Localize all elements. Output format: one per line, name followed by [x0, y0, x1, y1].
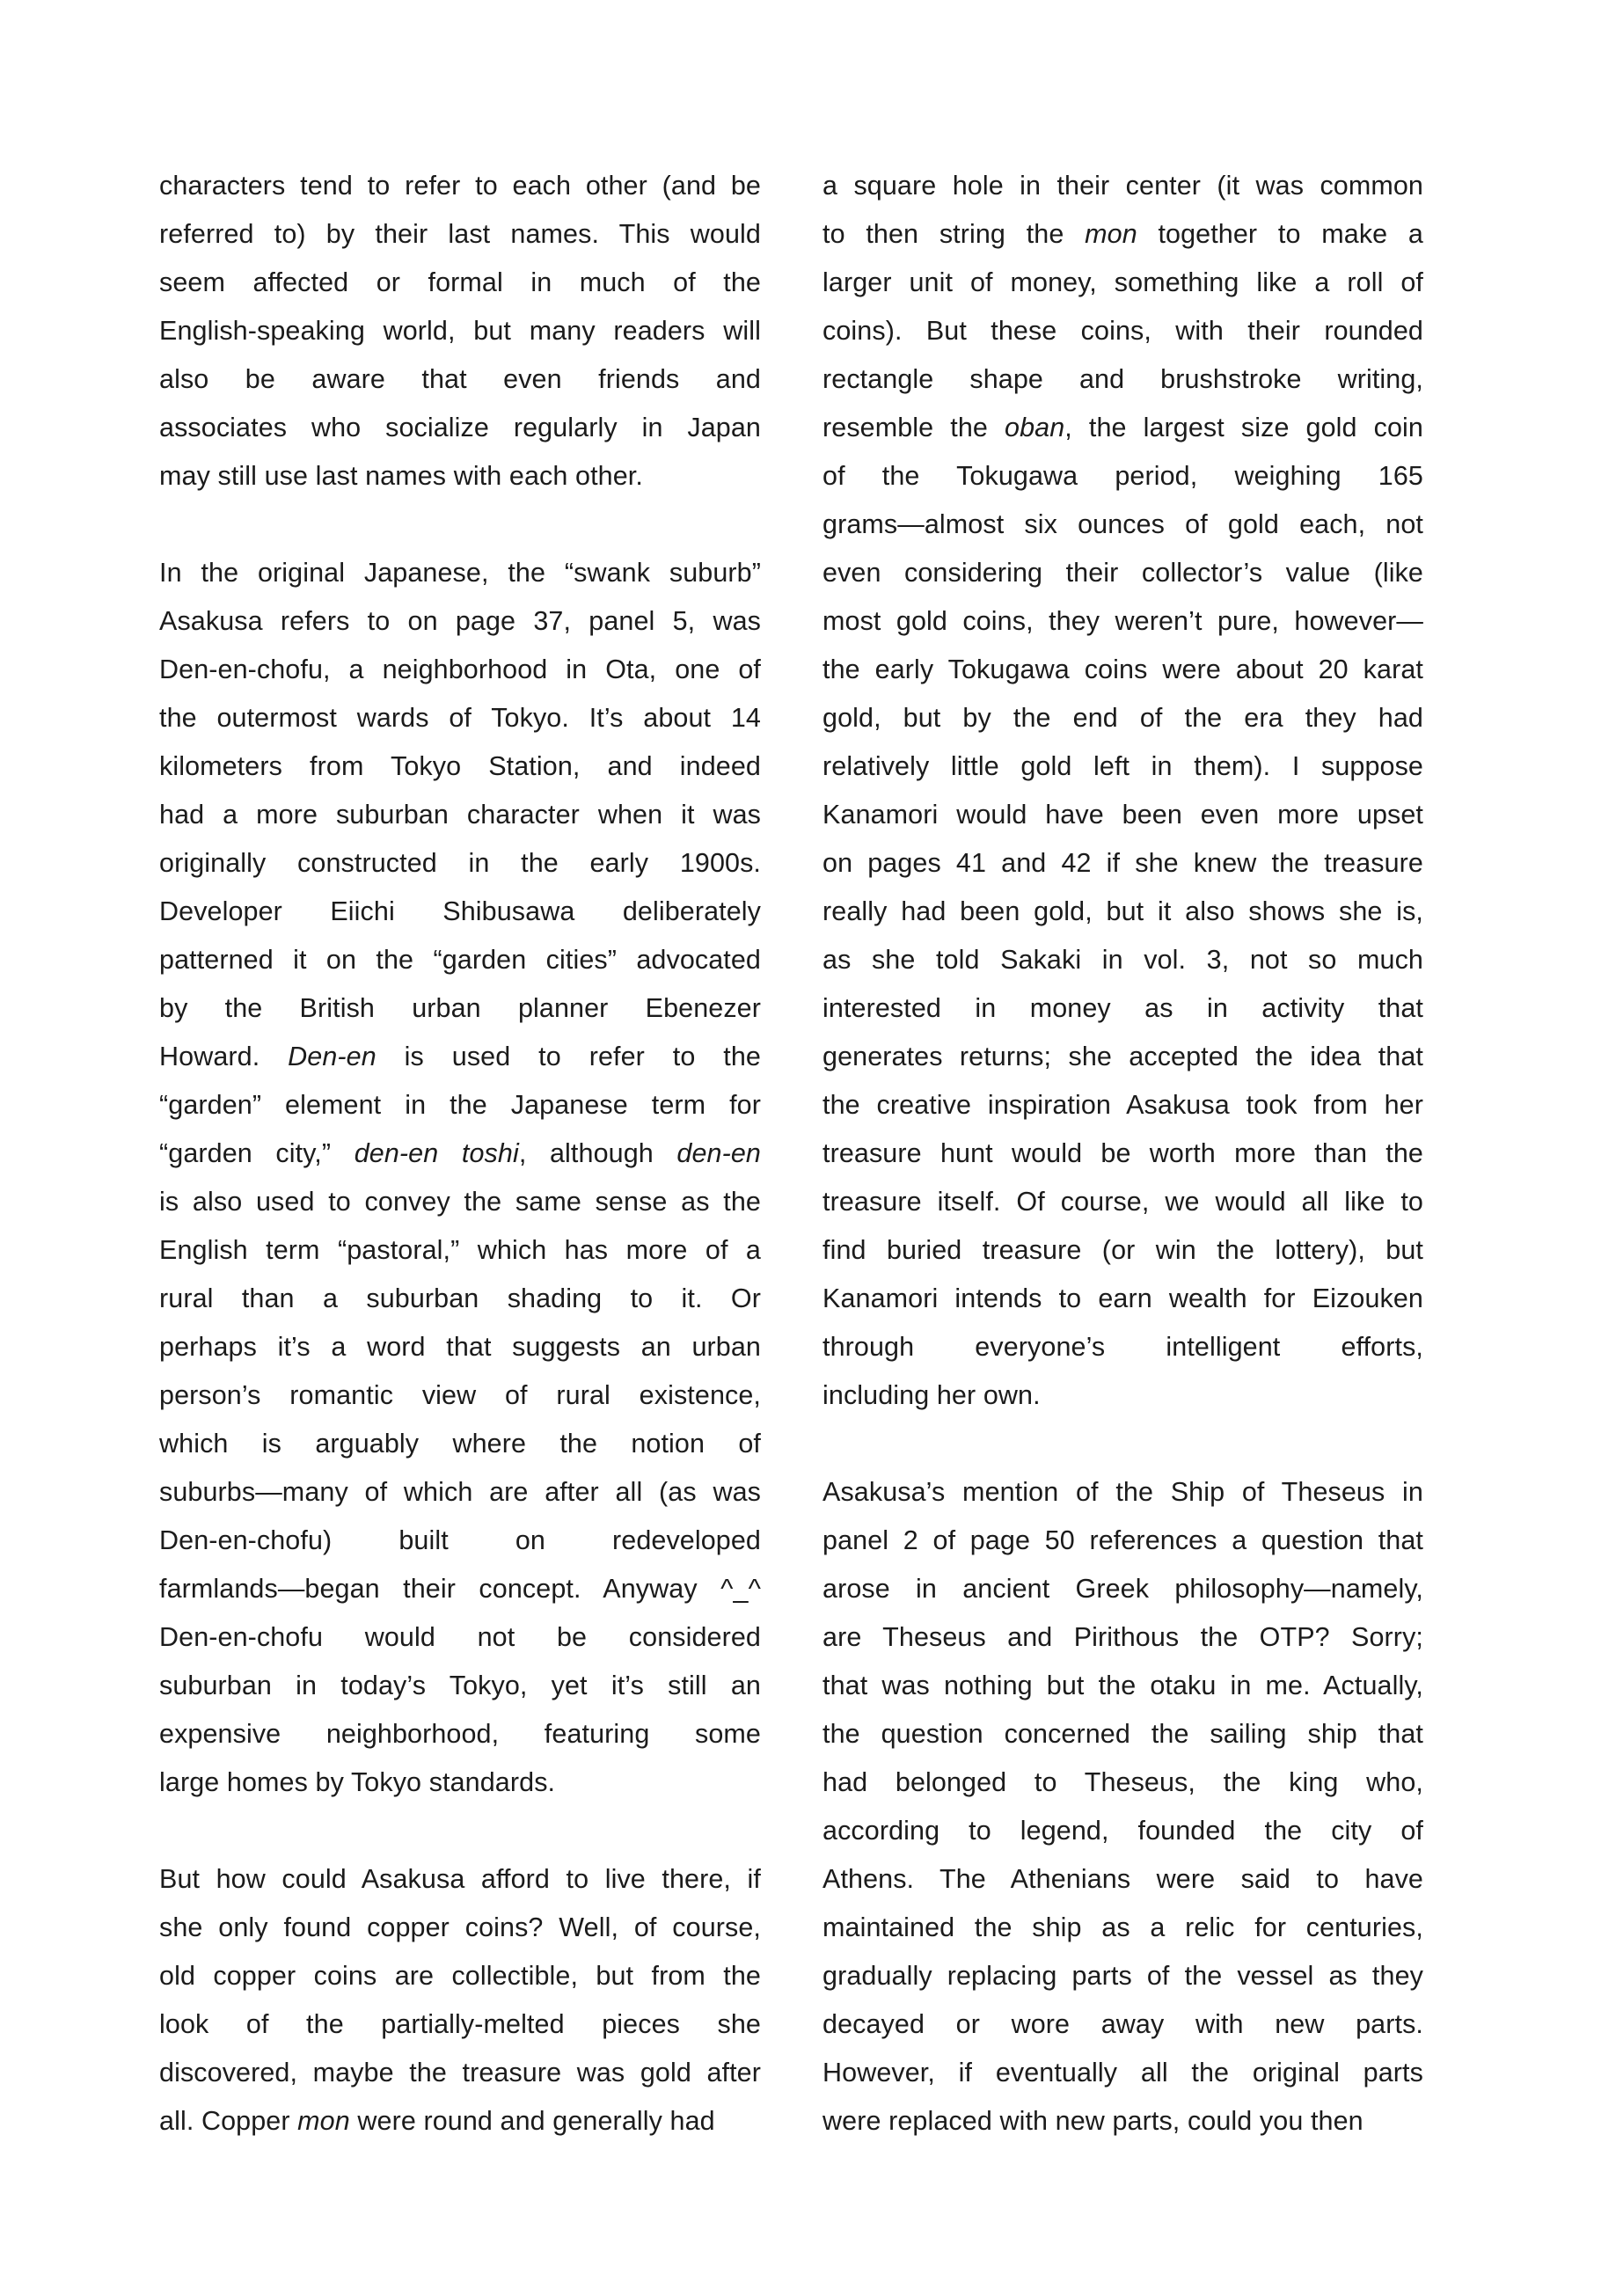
paragraph-gap — [159, 1807, 761, 1855]
text-line: rectangle shape and brushstroke writing, — [822, 355, 1423, 404]
text-line: even considering their collector’s value… — [822, 549, 1423, 597]
text-line: the early Tokugawa coins were about 20 k… — [822, 646, 1423, 694]
text-line: to then string the mon together to make … — [822, 210, 1423, 259]
text-line: person’s romantic view of rural existenc… — [159, 1371, 761, 1420]
paragraph: characters tend to refer to each other (… — [159, 162, 761, 501]
text-line: Howard. Den-en is used to refer to the — [159, 1033, 761, 1081]
text-line: decayed or wore away with new parts. — [822, 2000, 1423, 2049]
text-line: look of the partially-melted pieces she — [159, 2000, 761, 2049]
text-line: characters tend to refer to each other (… — [159, 162, 761, 210]
text-line: Den-en-chofu) built on redeveloped — [159, 1517, 761, 1565]
text-line: discovered, maybe the treasure was gold … — [159, 2049, 761, 2097]
text-line: Asakusa refers to on page 37, panel 5, w… — [159, 597, 761, 646]
text-line: But how could Asakusa afford to live the… — [159, 1855, 761, 1904]
text-line: Asakusa’s mention of the Ship of Theseus… — [822, 1468, 1423, 1517]
text-line: larger unit of money, something like a r… — [822, 259, 1423, 307]
text-line: Developer Eiichi Shibusawa deliberately — [159, 888, 761, 936]
text-line: farmlands—began their concept. Anyway ^_… — [159, 1565, 761, 1613]
text-line: gradually replacing parts of the vessel … — [822, 1952, 1423, 2000]
paragraph-gap — [822, 1420, 1423, 1468]
text-line: had belonged to Theseus, the king who, — [822, 1759, 1423, 1807]
text-line: relatively little gold left in them). I … — [822, 742, 1423, 791]
text-line: English term “pastoral,” which has more … — [159, 1226, 761, 1275]
text-line: gold, but by the end of the era they had — [822, 694, 1423, 742]
text-line: really had been gold, but it also shows … — [822, 888, 1423, 936]
left-column: characters tend to refer to each other (… — [159, 162, 761, 2146]
text-line: most gold coins, they weren’t pure, howe… — [822, 597, 1423, 646]
text-line: resemble the oban, the largest size gold… — [822, 404, 1423, 452]
text-line: Athens. The Athenians were said to have — [822, 1855, 1423, 1904]
paragraph-gap — [159, 501, 761, 549]
text-line: that was nothing but the otaku in me. Ac… — [822, 1662, 1423, 1710]
text-line: all. Copper mon were round and generally… — [159, 2097, 761, 2146]
text-line: Kanamori intends to earn wealth for Eizo… — [822, 1275, 1423, 1323]
text-line: referred to) by their last names. This w… — [159, 210, 761, 259]
paragraph: In the original Japanese, the “swank sub… — [159, 549, 761, 1807]
text-line: generates returns; she accepted the idea… — [822, 1033, 1423, 1081]
text-line: grams—almost six ounces of gold each, no… — [822, 501, 1423, 549]
text-line: seem affected or formal in much of the — [159, 259, 761, 307]
text-line: the question concerned the sailing ship … — [822, 1710, 1423, 1759]
text-line: which is arguably where the notion of — [159, 1420, 761, 1468]
text-line: also be aware that even friends and — [159, 355, 761, 404]
right-column: a square hole in their center (it was co… — [822, 162, 1423, 2146]
text-line: expensive neighborhood, featuring some — [159, 1710, 761, 1759]
text-line: Den-en-chofu would not be considered — [159, 1613, 761, 1662]
text-line: large homes by Tokyo standards. — [159, 1759, 761, 1807]
text-line: treasure itself. Of course, we would all… — [822, 1178, 1423, 1226]
paragraph: Asakusa’s mention of the Ship of Theseus… — [822, 1468, 1423, 2146]
text-line: In the original Japanese, the “swank sub… — [159, 549, 761, 597]
text-line: maintained the ship as a relic for centu… — [822, 1904, 1423, 1952]
text-line: is also used to convey the same sense as… — [159, 1178, 761, 1226]
text-line: Kanamori would have been even more upset — [822, 791, 1423, 839]
text-line: suburbs—many of which are after all (as … — [159, 1468, 761, 1517]
text-line: Den-en-chofu, a neighborhood in Ota, one… — [159, 646, 761, 694]
text-line: a square hole in their center (it was co… — [822, 162, 1423, 210]
text-line: the creative inspiration Asakusa took fr… — [822, 1081, 1423, 1130]
paragraph: But how could Asakusa afford to live the… — [159, 1855, 761, 2146]
text-line: patterned it on the “garden cities” advo… — [159, 936, 761, 984]
text-line: old copper coins are collectible, but fr… — [159, 1952, 761, 2000]
text-line: on pages 41 and 42 if she knew the treas… — [822, 839, 1423, 888]
text-line: English-speaking world, but many readers… — [159, 307, 761, 355]
text-line: perhaps it’s a word that suggests an urb… — [159, 1323, 761, 1371]
text-line: the outermost wards of Tokyo. It’s about… — [159, 694, 761, 742]
text-line: including her own. — [822, 1371, 1423, 1420]
text-line: may still use last names with each other… — [159, 452, 761, 501]
text-line: through everyone’s intelligent efforts, — [822, 1323, 1423, 1371]
text-line: associates who socialize regularly in Ja… — [159, 404, 761, 452]
paragraph: a square hole in their center (it was co… — [822, 162, 1423, 1420]
text-line: by the British urban planner Ebenezer — [159, 984, 761, 1033]
text-line: as she told Sakaki in vol. 3, not so muc… — [822, 936, 1423, 984]
text-line: panel 2 of page 50 references a question… — [822, 1517, 1423, 1565]
text-line: had a more suburban character when it wa… — [159, 791, 761, 839]
document-page: characters tend to refer to each other (… — [0, 0, 1623, 2296]
text-line: However, if eventually all the original … — [822, 2049, 1423, 2097]
text-line: arose in ancient Greek philosophy—namely… — [822, 1565, 1423, 1613]
text-line: “garden city,” den-en toshi, although de… — [159, 1130, 761, 1178]
text-line: according to legend, founded the city of — [822, 1807, 1423, 1855]
text-line: treasure hunt would be worth more than t… — [822, 1130, 1423, 1178]
text-line: find buried treasure (or win the lottery… — [822, 1226, 1423, 1275]
text-line: originally constructed in the early 1900… — [159, 839, 761, 888]
text-line: interested in money as in activity that — [822, 984, 1423, 1033]
text-line: she only found copper coins? Well, of co… — [159, 1904, 761, 1952]
text-line: of the Tokugawa period, weighing 165 — [822, 452, 1423, 501]
text-line: coins). But these coins, with their roun… — [822, 307, 1423, 355]
text-line: “garden” element in the Japanese term fo… — [159, 1081, 761, 1130]
text-line: rural than a suburban shading to it. Or — [159, 1275, 761, 1323]
text-line: suburban in today’s Tokyo, yet it’s stil… — [159, 1662, 761, 1710]
text-line: kilometers from Tokyo Station, and indee… — [159, 742, 761, 791]
text-line: are Theseus and Pirithous the OTP? Sorry… — [822, 1613, 1423, 1662]
text-line: were replaced with new parts, could you … — [822, 2097, 1423, 2146]
